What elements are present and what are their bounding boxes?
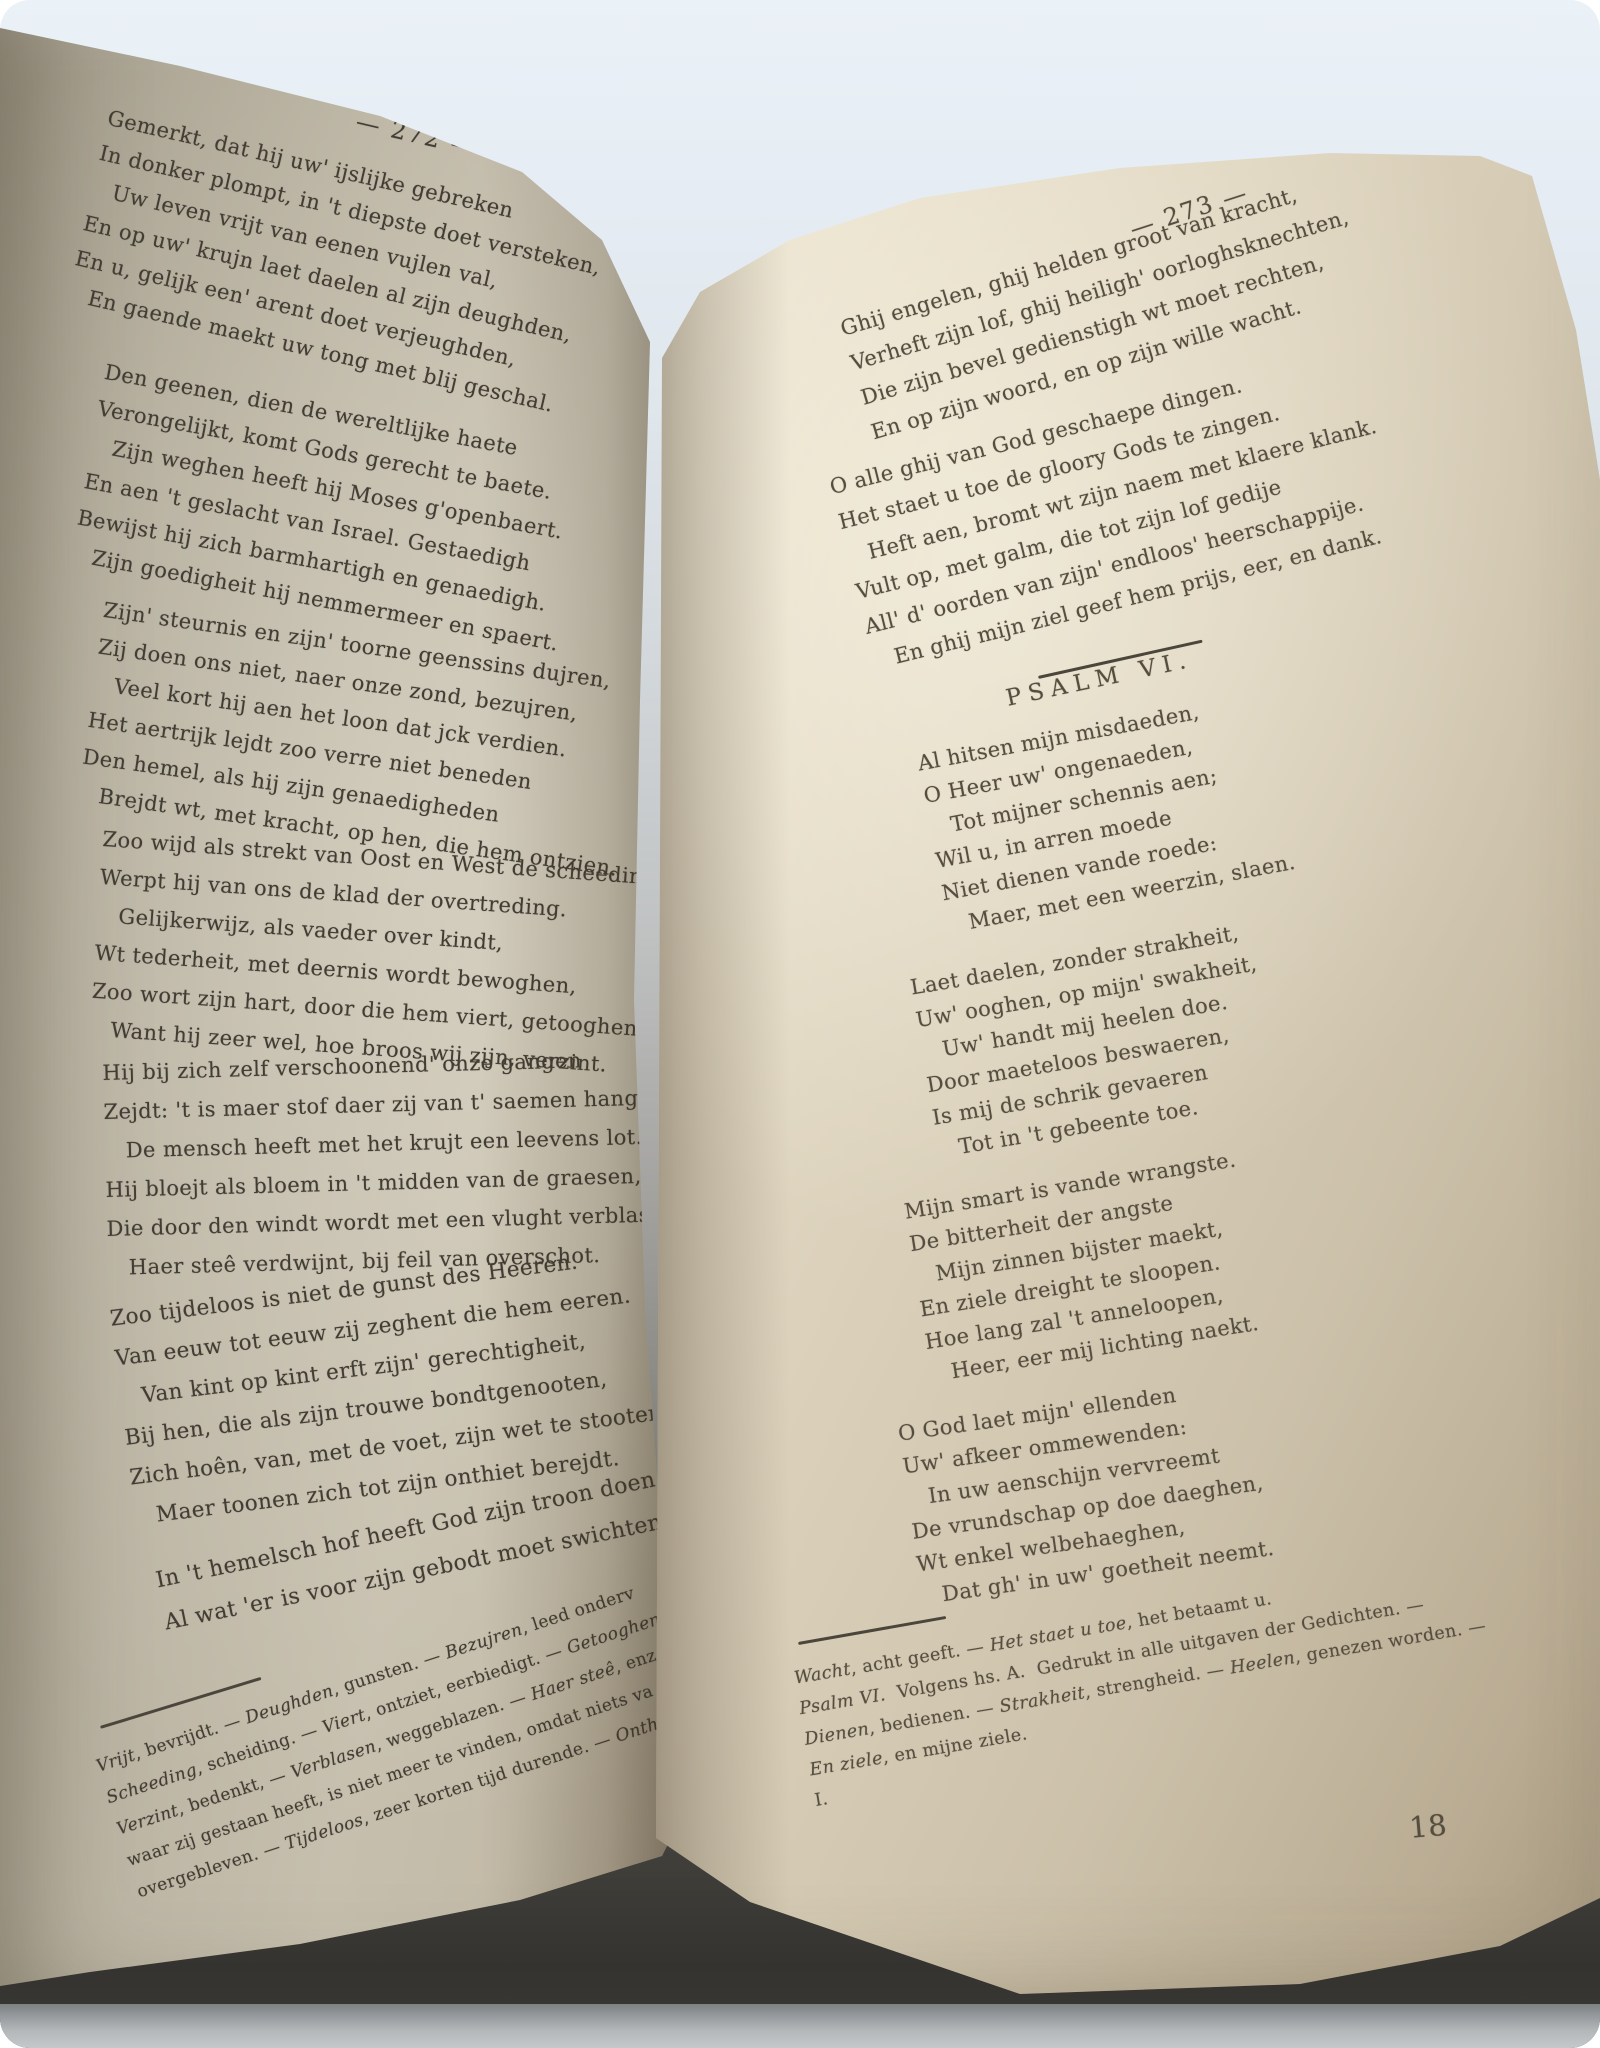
- poem-line: O Heer uw' ongenaeden,: [921, 716, 1274, 813]
- poem-line: Is mij de schrik gevaeren: [930, 1045, 1276, 1135]
- psalm-stanza-2: Laet daelen, zonder strakheit,Uw' ooghen…: [908, 915, 1281, 1167]
- poem-line: O God laet mijn' ellenden: [896, 1368, 1253, 1450]
- poem-line: Uw' afkeer ommewenden:: [901, 1401, 1258, 1483]
- poem-line: Vult op, met galm, die tot zijn lof gedi…: [852, 443, 1389, 610]
- poem-line: O alle ghij van God geschaepe dingen.: [826, 338, 1363, 505]
- right-page: — 273 — Ghij engelen, ghij helden groot …: [600, 0, 1600, 2048]
- poem-line: Wt enkel welbehaeghen,: [914, 1499, 1271, 1581]
- footnote-line: Wacht, acht geeft. — Het staet u toe, he…: [792, 1550, 1478, 1695]
- poem-line: De vrundschap op doe daeghen,: [910, 1466, 1267, 1548]
- poem-line: En ziele dreight te sloopen.: [917, 1241, 1253, 1326]
- footnote-line: I.: [812, 1672, 1498, 1817]
- footnote-line: Psalm VI. Volgens hs. A. Gedrukt in alle…: [797, 1581, 1483, 1726]
- poem-line: Die zijn bevel gedienstigh wt moet recht…: [856, 234, 1363, 416]
- poem-line: Tot in 't gebeente toe.: [935, 1078, 1281, 1168]
- poem-line: Heer, eer mij lichting naekt.: [928, 1307, 1264, 1392]
- psalm-stanza-3: Mijn smart is vande wrangste.De bitterhe…: [902, 1144, 1264, 1392]
- poem-line: All' d' oorden van zijn' endloos' heersc…: [861, 478, 1398, 645]
- poem-line: Maer, met een weerzin, slaen.: [945, 846, 1298, 943]
- table-surface: [0, 2004, 1600, 2048]
- footnote-line: Dienen, bedienen. — Strakheit, strenghei…: [802, 1611, 1488, 1756]
- poem-line: Uw' ooghen, op mijn' swakheit,: [913, 948, 1259, 1038]
- poem-line: Tot mijner schennis aen;: [927, 749, 1280, 846]
- page-number-right: — 273 —: [1075, 161, 1303, 261]
- section-rule: [1038, 640, 1203, 679]
- poem-line: Dat gh' in uw' goetheit neemt.: [919, 1532, 1276, 1614]
- right-stanza-2: O alle ghij van God geschaepe dingen.Het…: [826, 338, 1407, 679]
- psalm-stanza-4: O God laet mijn' ellendenUw' afkeer omme…: [896, 1368, 1276, 1614]
- poem-line: Laet daelen, zonder strakheit,: [908, 915, 1254, 1005]
- poem-line: Ghij engelen, ghij helden groot van krac…: [836, 165, 1343, 347]
- poem-line: Hoe lang zal 't anneloopen,: [923, 1274, 1259, 1359]
- book-photo: — 272 — Gemerkt, dat hij uw' ijslijke ge…: [0, 0, 1600, 2048]
- right-stanza-1: Ghij engelen, ghij helden groot van krac…: [836, 165, 1374, 450]
- poem-line: Heft aen, bromt wt zijn naem met klaere …: [843, 408, 1380, 575]
- poem-line: Uw' handt mij heelen doe.: [919, 980, 1265, 1070]
- poem-line: Verheft zijn lof, ghij heiligh' oorloghs…: [846, 199, 1353, 381]
- poem-line: In uw aenschijn vervreemt: [905, 1434, 1262, 1516]
- footnote-rule-right: [798, 1616, 946, 1645]
- left-stanza-5: Hij bij zich zelf verschoonend' onze gan…: [102, 1039, 685, 1288]
- left-page: — 272 — Gemerkt, dat hij uw' ijslijke ge…: [0, 0, 710, 2048]
- poem-line: Mijn smart is vande wrangste.: [902, 1144, 1238, 1229]
- psalm-heading: PSALM VI.: [930, 629, 1269, 729]
- poem-line: Wil u, in arren moede: [933, 781, 1286, 878]
- poem-line: En ghij mijn ziel geef hem prijs, eer, e…: [870, 513, 1407, 680]
- poem-line: En op zijn woord, en op zijn wille wacht…: [867, 268, 1374, 450]
- poem-line: Door maeteloos beswaeren,: [924, 1013, 1270, 1103]
- psalm-stanza-1: Al hitsen mijn misdaeden,O Heer uw' onge…: [915, 684, 1298, 943]
- right-footnotes: Wacht, acht geeft. — Het staet u toe, he…: [792, 1550, 1499, 1817]
- poem-line: Mijn zinnen bijster maekt,: [912, 1209, 1248, 1294]
- poem-line: Het staet u toe de gloory Gods te zingen…: [835, 373, 1372, 540]
- sheet-number: 18: [1408, 1809, 1448, 1844]
- poem-line: Niet dienen vande roede:: [939, 813, 1292, 910]
- poem-line: De bitterheit der angste: [907, 1176, 1243, 1261]
- poem-line: Al hitsen mijn misdaeden,: [915, 684, 1268, 781]
- footnote-line: En ziele, en mijne ziele.: [807, 1642, 1493, 1787]
